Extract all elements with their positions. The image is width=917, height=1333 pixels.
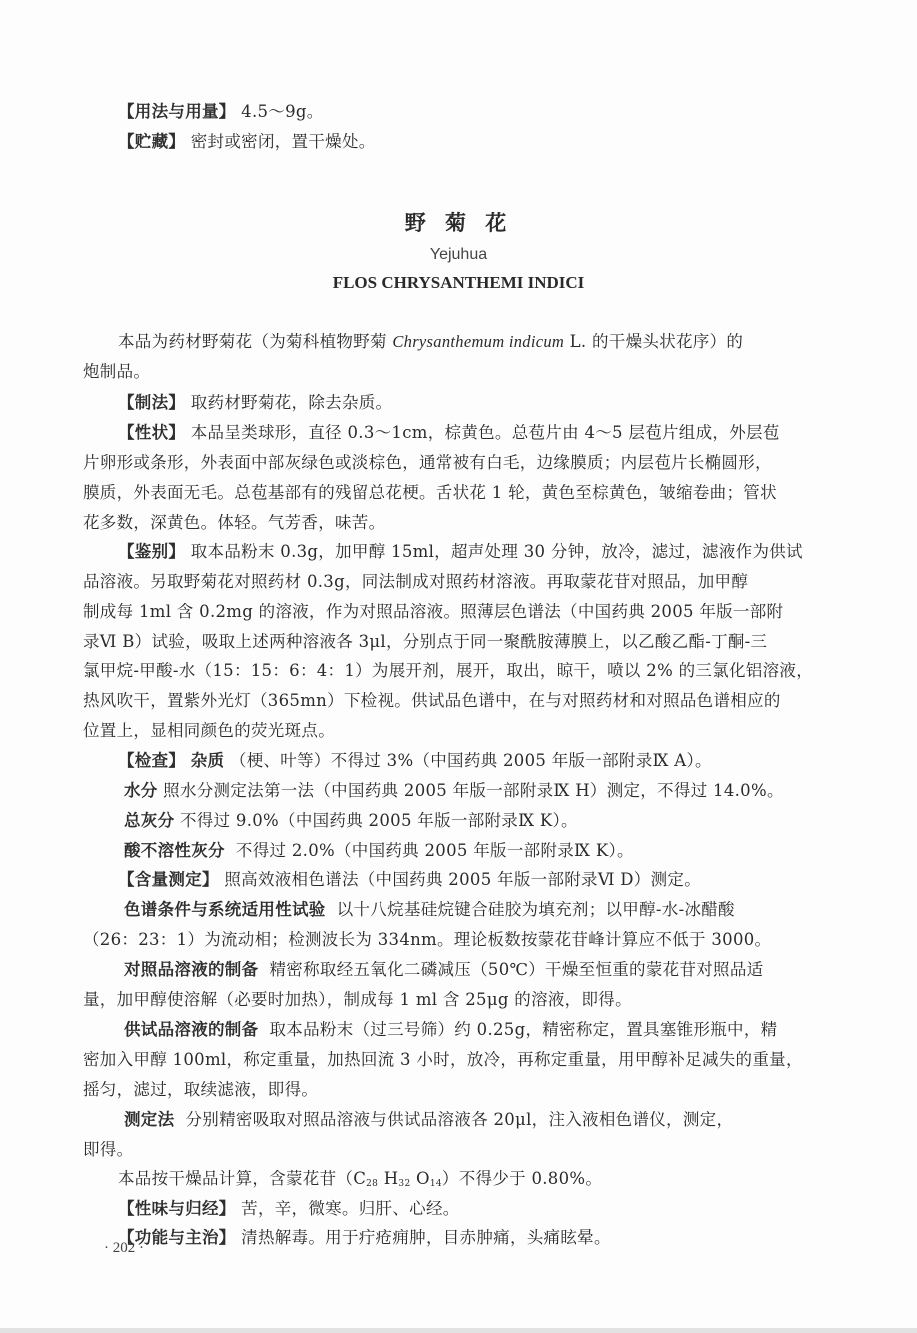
total-ash-label: 总灰分: [124, 811, 174, 830]
assay-label: 【含量测定】: [118, 870, 219, 889]
water-text: 照水分测定法第一法（中国药典 2005 年版一部附录Ⅸ H）测定，不得过 14.…: [163, 781, 784, 800]
nature-meridian-text: 苦，辛，微寒。归肝、心经。: [241, 1199, 459, 1218]
reference-prep-line-2: 量，加甲醇使溶解（必要时加热），制成每 1 ml 含 25μg 的溶液，即得。: [83, 989, 632, 1011]
inspection-impurity-row: 【检查】 杂质 （梗、叶等）不得过 3%（中国药典 2005 年版一部附录Ⅸ A…: [118, 750, 712, 772]
method-label: 测定法: [124, 1110, 174, 1129]
water-label: 水分: [124, 781, 158, 800]
processing-text: 取药材野菊花，除去杂质。: [191, 393, 393, 412]
intro-line-2: 炮制品。: [83, 361, 150, 383]
description-line-4: 花多数，深黄色。体轻。气芳香，味苦。: [83, 512, 385, 534]
identification-line-7: 位置上，显相同颜色的荧光斑点。: [83, 720, 335, 742]
usage-dosage-label: 【用法与用量】: [118, 102, 236, 121]
identification-line-2: 品溶液。另取野菊花对照药材 0.3g，同法制成对照药材溶液。再取蒙花苷对照品，加…: [83, 571, 748, 593]
limit-h: H: [378, 1169, 398, 1188]
chromatography-line-2: （26：23：1）为流动相；检测波长为 334nm。理论板数按蒙花苷峰计算应不低…: [83, 929, 771, 951]
identification-text: 取本品粉末 0.3g，加甲醇 15ml，超声处理 30 分钟，放冷，滤过，滤液作…: [191, 542, 803, 561]
identification-line-3: 制成每 1ml 含 0.2mg 的溶液，作为对照品溶液。照薄层色谱法（中国药典 …: [83, 601, 783, 623]
reference-prep-label: 对照品溶液的制备: [124, 960, 258, 979]
method-text: 分别精密吸取对照品溶液与供试品溶液各 20μl，注入液相色谱仪，测定，: [186, 1110, 734, 1129]
entry-latin-name: FLOS CHRYSANTHEMI INDICI: [0, 273, 917, 293]
assay-row: 【含量测定】 照高效液相色谱法（中国药典 2005 年版一部附录Ⅵ D）测定。: [118, 869, 701, 891]
limit-text: 本品按干燥品计算，含蒙花苷（C: [118, 1169, 366, 1188]
storage-row: 【贮藏】 密封或密闭，置干燥处。: [118, 131, 376, 153]
identification-line-4: 录Ⅵ B）试验，吸取上述两种溶液各 3μl，分别点于同一聚酰胺薄膜上，以乙酸乙酯…: [83, 631, 767, 653]
reference-prep-text: 精密称取经五氧化二磷减压（50℃）干燥至恒重的蒙花苷对照品适: [270, 960, 764, 979]
storage-label: 【贮藏】: [118, 132, 185, 151]
impurity-text: （梗、叶等）不得过 3%（中国药典 2005 年版一部附录Ⅸ A）。: [230, 751, 712, 770]
impurity-label: 杂质: [191, 751, 225, 770]
entry-title: 野 菊 花: [0, 207, 917, 237]
acid-insoluble-ash-text: 不得过 2.0%（中国药典 2005 年版一部附录Ⅸ K）。: [236, 841, 634, 860]
method-line-2: 即得。: [83, 1139, 133, 1161]
processing-row: 【制法】 取药材野菊花，除去杂质。: [118, 392, 392, 414]
usage-dosage-row: 【用法与用量】 4.5～9g。: [118, 101, 324, 123]
assay-text: 照高效液相色谱法（中国药典 2005 年版一部附录Ⅵ D）测定。: [224, 870, 701, 889]
inspection-label: 【检查】: [118, 751, 185, 770]
identification-line-5: 氯甲烷-甲酸-水（15：15：6：4：1）为展开剂，展开，取出，晾干，喷以 2%…: [83, 660, 813, 682]
intro-text: 本品为药材野菊花（为菊科植物野菊: [118, 332, 392, 351]
sample-prep-line-2: 密加入甲醇 100ml，称定重量，加热回流 3 小时，放冷，再称定重量，用甲醇补…: [83, 1049, 803, 1071]
inspection-acid-ash-row: 酸不溶性灰分 不得过 2.0%（中国药典 2005 年版一部附录Ⅸ K）。: [124, 840, 634, 862]
inspection-total-ash-row: 总灰分 不得过 9.0%（中国药典 2005 年版一部附录Ⅸ K）。: [124, 810, 578, 832]
page-number: · 202 ·: [104, 1240, 144, 1257]
intro-text-cont: L. 的干燥头状花序）的: [564, 332, 743, 351]
inspection-water-row: 水分 照水分测定法第一法（中国药典 2005 年版一部附录Ⅸ H）测定，不得过 …: [124, 780, 784, 802]
limit-text-end: ）不得少于 0.80%。: [442, 1169, 602, 1188]
functions-text: 清热解毒。用于疔疮痈肿，目赤肿痛，头痛眩晕。: [241, 1228, 611, 1247]
assay-limit: 本品按干燥品计算，含蒙花苷（C28 H32 O14）不得少于 0.80%。: [118, 1168, 602, 1195]
description-label: 【性状】: [118, 423, 185, 442]
method-line-1: 测定法 分别精密吸取对照品溶液与供试品溶液各 20μl，注入液相色谱仪，测定，: [124, 1109, 733, 1131]
sample-prep-label: 供试品溶液的制备: [124, 1020, 258, 1039]
limit-o: O: [410, 1169, 429, 1188]
limit-sub-o: 14: [430, 1179, 442, 1189]
description-line-2: 片卵形或条形，外表面中部灰绿色或淡棕色，通常被有白毛，边缘膜质；内层苞片长椭圆形…: [83, 452, 772, 474]
functions-row: 【功能与主治】 清热解毒。用于疔疮痈肿，目赤肿痛，头痛眩晕。: [118, 1227, 611, 1249]
description-line-1: 【性状】 本品呈类球形，直径 0.3～1cm，棕黄色。总苞片由 4～5 层苞片组…: [118, 422, 780, 444]
entry-pinyin: Yejuhua: [0, 246, 917, 264]
reference-prep-line-1: 对照品溶液的制备 精密称取经五氧化二磷减压（50℃）干燥至恒重的蒙花苷对照品适: [124, 959, 763, 981]
species-name: Chrysanthemum indicum: [392, 332, 564, 351]
chromatography-text: 以十八烷基硅烷键合硅胶为填充剂；以甲醇-水-冰醋酸: [337, 900, 735, 919]
identification-line-1: 【鉴别】 取本品粉末 0.3g，加甲醇 15ml，超声处理 30 分钟，放冷，滤…: [118, 541, 803, 563]
chromatography-label: 色谱条件与系统适用性试验: [124, 900, 326, 919]
usage-dosage-text: 4.5～9g。: [241, 102, 323, 121]
limit-sub-c: 28: [366, 1179, 378, 1189]
processing-label: 【制法】: [118, 393, 185, 412]
nature-meridian-label: 【性味与归经】: [118, 1199, 236, 1218]
chromatography-line-1: 色谱条件与系统适用性试验 以十八烷基硅烷键合硅胶为填充剂；以甲醇-水-冰醋酸: [124, 899, 735, 921]
storage-text: 密封或密闭，置干燥处。: [191, 132, 376, 151]
limit-sub-h: 32: [398, 1179, 410, 1189]
identification-line-6: 热风吹干，置紫外光灯（365mn）下检视。供试品色谱中，在与对照药材和对照品色谱…: [83, 690, 781, 712]
page-bottom-edge: [0, 1328, 917, 1333]
document-page: 【用法与用量】 4.5～9g。 【贮藏】 密封或密闭，置干燥处。 野 菊 花 Y…: [0, 0, 917, 1333]
nature-meridian-row: 【性味与归经】 苦，辛，微寒。归肝、心经。: [118, 1198, 460, 1220]
sample-prep-line-1: 供试品溶液的制备 取本品粉末（过三号筛）约 0.25g，精密称定，置具塞锥形瓶中…: [124, 1019, 777, 1041]
sample-prep-text: 取本品粉末（过三号筛）约 0.25g，精密称定，置具塞锥形瓶中，精: [270, 1020, 778, 1039]
sample-prep-line-3: 摇匀，滤过，取续滤液，即得。: [83, 1079, 318, 1101]
description-text: 本品呈类球形，直径 0.3～1cm，棕黄色。总苞片由 4～5 层苞片组成，外层苞: [191, 423, 780, 442]
identification-label: 【鉴别】: [118, 542, 185, 561]
total-ash-text: 不得过 9.0%（中国药典 2005 年版一部附录Ⅸ K）。: [180, 811, 578, 830]
intro-line-1: 本品为药材野菊花（为菊科植物野菊 Chrysanthemum indicum L…: [118, 331, 743, 353]
acid-insoluble-ash-label: 酸不溶性灰分: [124, 841, 225, 860]
description-line-3: 膜质，外表面无毛。总苞基部有的残留总花梗。舌状花 1 轮，黄色至棕黄色，皱缩卷曲…: [83, 482, 777, 504]
